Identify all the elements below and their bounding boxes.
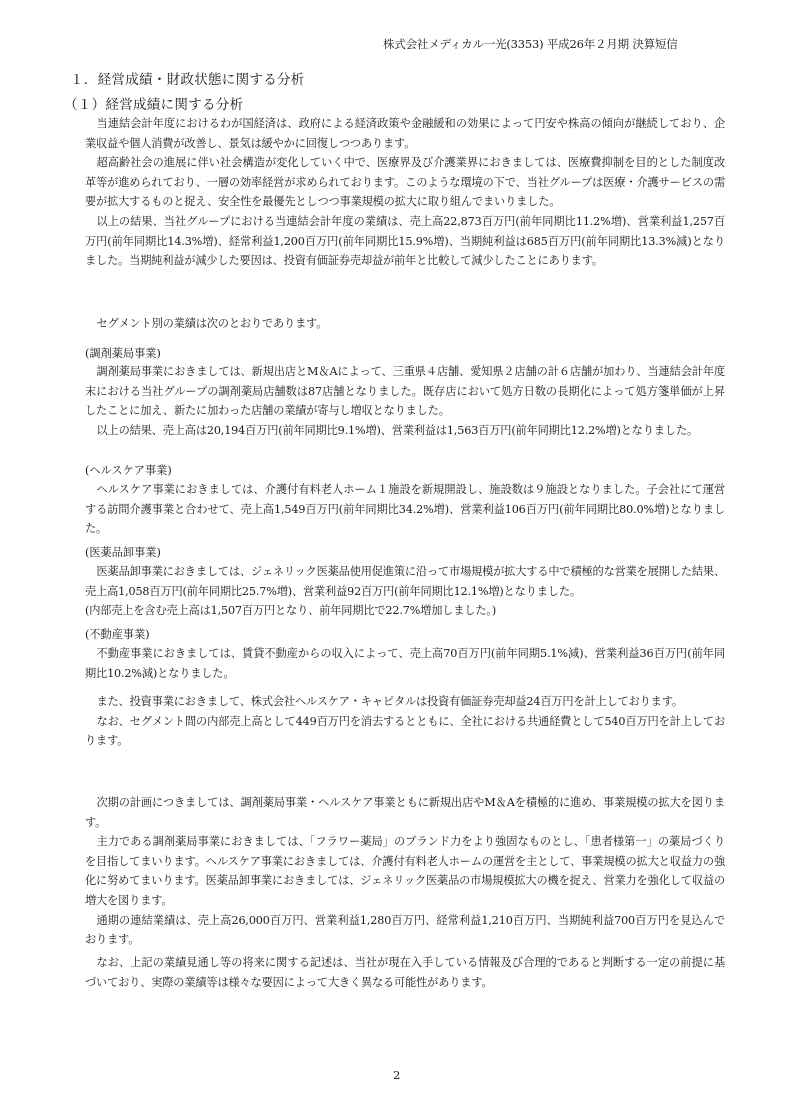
segment-paragraph: 不動産事業におきましては、賃貸不動産からの収入によって、売上高70百万円(前年同…: [85, 644, 725, 683]
segment-realestate: 不動産事業におきましては、賃貸不動産からの収入によって、売上高70百万円(前年同…: [85, 644, 725, 683]
other-section: また、投資事業におきまして、株式会社ヘルスケア・キャピタルは投資有価証券売却益2…: [85, 692, 725, 751]
disclaimer-paragraph: なお、上記の業績見通し等の将来に関する記述は、当社が現在入手している情報及び合理…: [85, 953, 725, 992]
outlook-section: 次期の計画につきましては、調剤薬局事業・ヘルスケア事業ともに新規出店やM＆Aを積…: [85, 793, 725, 950]
subsection-title: （１）経営成績に関する分析: [64, 93, 243, 113]
segment-title-wholesale: (医薬品卸事業): [85, 543, 161, 562]
segment-paragraph: (内部売上を含む売上高は1,507百万円となり、前年同期比で22.7%増加しまし…: [85, 601, 725, 621]
segment-title-realestate: (不動産事業): [85, 625, 150, 644]
overview-paragraph: 以上の結果、当社グループにおける当連結会計年度の業績は、売上高22,873百万円…: [85, 212, 725, 271]
segment-healthcare: ヘルスケア事業におきましては、介護付有料老人ホーム１施設を新規開設し、施設数は９…: [85, 480, 725, 539]
segment-intro-block: セグメント別の業績は次のとおりであります。: [85, 314, 725, 334]
outlook-paragraph: 主力である調剤薬局事業におきましては、「フラワー薬局」のブランド力をより強固なも…: [85, 832, 725, 910]
segment-dispensing: 調剤薬局事業におきましては、新規出店とM＆Aによって、三重県４店舗、愛知県２店舗…: [85, 362, 725, 440]
section-title: １．経営成績・財政状態に関する分析: [70, 68, 305, 88]
overview-paragraph: 超高齢社会の進展に伴い社会構造が変化していく中で、医療界及び介護業界におきまして…: [85, 153, 725, 212]
overview-section: 当連結会計年度におけるわが国経済は、政府による経済政策や金融緩和の効果によって円…: [85, 114, 725, 271]
segment-title-healthcare: (ヘルスケア事業): [85, 461, 172, 480]
segment-paragraph: 以上の結果、売上高は20,194百万円(前年同期比9.1%増)、営業利益は1,5…: [85, 421, 725, 441]
segment-paragraph: 調剤薬局事業におきましては、新規出店とM＆Aによって、三重県４店舗、愛知県２店舗…: [85, 362, 725, 421]
segment-intro: セグメント別の業績は次のとおりであります。: [85, 314, 725, 334]
segment-wholesale: 医薬品卸事業におきましては、ジェネリック医薬品使用促進策に沿って市場規模が拡大す…: [85, 562, 725, 621]
disclaimer-section: なお、上記の業績見通し等の将来に関する記述は、当社が現在入手している情報及び合理…: [85, 953, 725, 992]
document-header: 株式会社メディカル一光(3353) 平成26年２月期 決算短信: [383, 36, 678, 52]
segment-title-dispensing: (調剤薬局事業): [85, 344, 161, 363]
outlook-paragraph: 通期の連結業績は、売上高26,000百万円、営業利益1,280百万円、経常利益1…: [85, 911, 725, 950]
segment-paragraph: 医薬品卸事業におきましては、ジェネリック医薬品使用促進策に沿って市場規模が拡大す…: [85, 562, 725, 601]
overview-paragraph: 当連結会計年度におけるわが国経済は、政府による経済政策や金融緩和の効果によって円…: [85, 114, 725, 153]
outlook-paragraph: 次期の計画につきましては、調剤薬局事業・ヘルスケア事業ともに新規出店やM＆Aを積…: [85, 793, 725, 832]
segment-paragraph: ヘルスケア事業におきましては、介護付有料老人ホーム１施設を新規開設し、施設数は９…: [85, 480, 725, 539]
other-paragraph: なお、セグメント間の内部売上高として449百万円を消去するとともに、全社における…: [85, 712, 725, 751]
other-paragraph: また、投資事業におきまして、株式会社ヘルスケア・キャピタルは投資有価証券売却益2…: [85, 692, 725, 712]
page-number: 2: [393, 1068, 400, 1082]
